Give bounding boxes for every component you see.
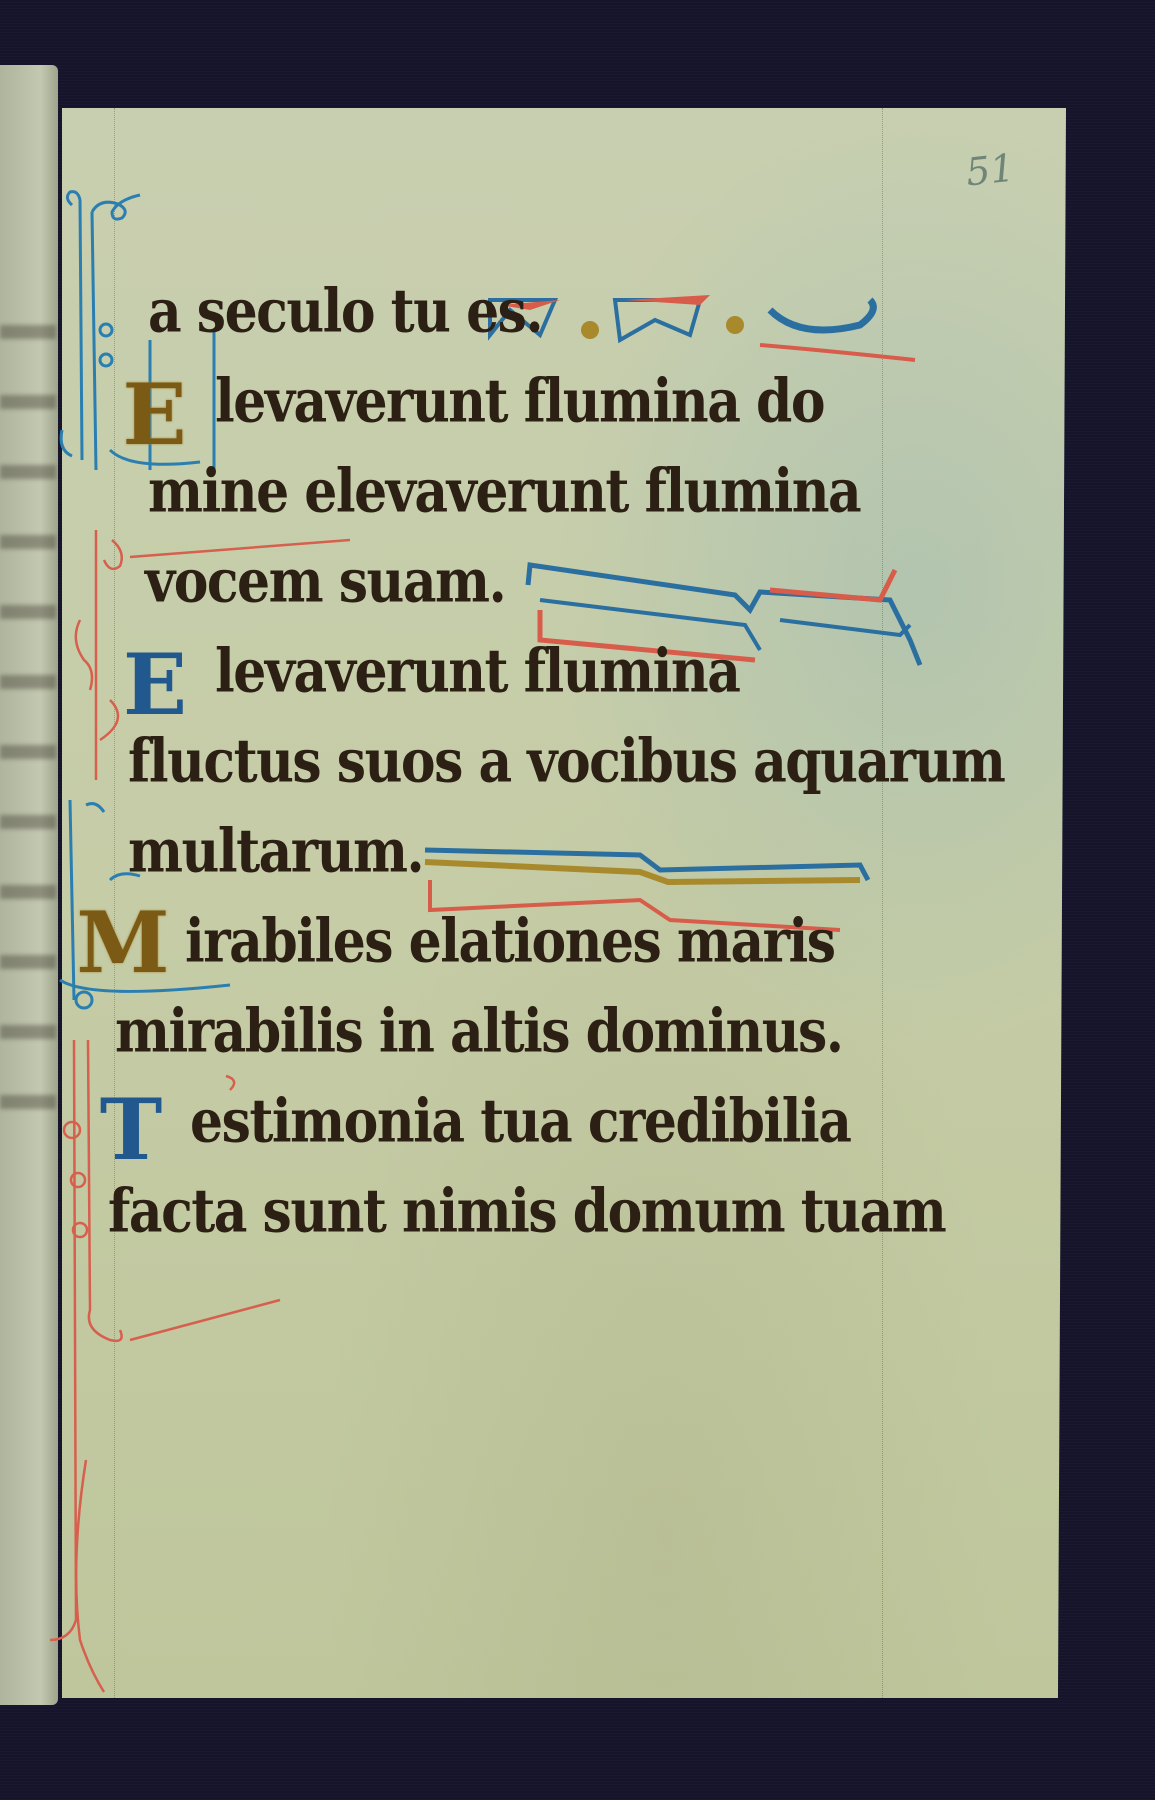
- facing-page-edge: [0, 65, 58, 1705]
- facing-text-line: [0, 395, 56, 409]
- facing-text-line: [0, 955, 56, 969]
- facing-text-line: [0, 325, 56, 339]
- decorated-initial-e-blue: E: [100, 640, 210, 730]
- facing-text-line: [0, 605, 56, 619]
- facing-text-line: [0, 465, 56, 479]
- decorated-initial-m-gold: M: [58, 895, 188, 990]
- facing-text-line: [0, 885, 56, 899]
- initial-letter: E: [122, 373, 186, 457]
- text-line-1: a seculo tu es.: [148, 282, 542, 342]
- text-line-4: vocem suam.: [145, 552, 505, 612]
- folio-number: 51: [964, 146, 1017, 195]
- initial-letter: T: [100, 1088, 163, 1172]
- text-line-9: mirabilis in altis dominus.: [115, 1002, 842, 1062]
- text-line-11: facta sunt nimis domum tuam: [108, 1182, 945, 1242]
- ruling-line: [882, 108, 883, 1698]
- text-line-7: multarum.: [128, 822, 423, 882]
- initial-letter: M: [77, 901, 170, 985]
- text-line-10: estimonia tua credibilia: [190, 1092, 850, 1152]
- facing-text-line: [0, 1025, 56, 1039]
- text-line-2: levaverunt flumina do: [215, 372, 824, 432]
- decorated-initial-e-gold: E: [102, 365, 207, 465]
- decorated-initial-t-blue: T: [76, 1080, 186, 1180]
- text-line-6: fluctus suos a vocibus aquarum: [128, 732, 1004, 792]
- facing-text-line: [0, 535, 56, 549]
- facing-text-line: [0, 1095, 56, 1109]
- facing-text-line: [0, 815, 56, 829]
- text-line-3: mine elevaverunt flumina: [148, 462, 860, 522]
- initial-letter: E: [123, 643, 187, 727]
- text-line-5: levaverunt flumina: [215, 642, 739, 702]
- facing-text-line: [0, 675, 56, 689]
- text-line-8: irabiles elationes maris: [185, 912, 835, 972]
- facing-text-line: [0, 745, 56, 759]
